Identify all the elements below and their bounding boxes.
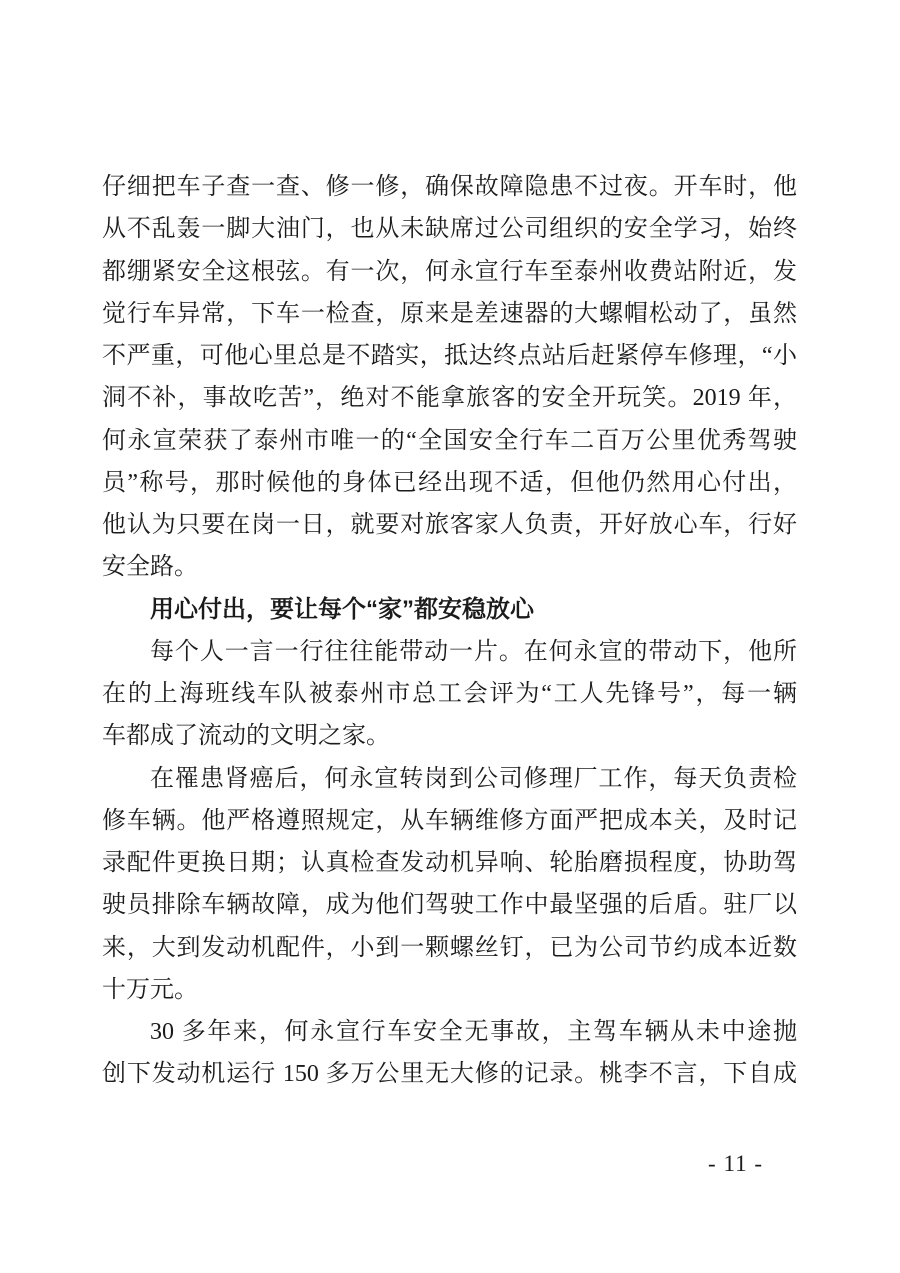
text-line: 从不乱轰一脚大油门，也从未缺席过公司组织的安全学习，始终 [102, 208, 797, 250]
text-line: 在的上海班线车队被泰州市总工会评为“工人先锋号”，每一辆 [102, 673, 797, 715]
document-page: 仔细把车子查一查、修一修，确保故障隐患不过夜。开车时，他 从不乱轰一脚大油门，也… [0, 0, 900, 1273]
text-line-paragraph-end: 十万元。 [102, 969, 797, 1011]
text-line: 不严重，可他心里总是不踏实，抵达终点站后赶紧停车修理，“小 [102, 335, 797, 377]
text-line: 何永宣荣获了泰州市唯一的“全国安全行车二百万公里优秀驾驶 [102, 420, 797, 462]
text-line: 录配件更换日期；认真检查发动机异响、轮胎磨损程度，协助驾 [102, 842, 797, 884]
text-line-paragraph-end: 车都成了流动的文明之家。 [102, 715, 797, 757]
text-line-paragraph-start: 在罹患肾癌后，何永宣转岗到公司修理厂工作，每天负责检 [102, 758, 797, 800]
text-line-paragraph-start: 每个人一言一行往往能带动一片。在何永宣的带动下，他所 [102, 631, 797, 673]
text-line: 修车辆。他严格遵照规定，从车辆维修方面严把成本关，及时记 [102, 800, 797, 842]
text-line-paragraph-end: 安全路。 [102, 546, 797, 588]
text-line-paragraph-start: 30 多年来，何永宣行车安全无事故，主驾车辆从未中途抛锚， [102, 1011, 797, 1053]
document-body: 仔细把车子查一查、修一修，确保故障隐患不过夜。开车时，他 从不乱轰一脚大油门，也… [102, 166, 797, 1096]
text-line: 觉行车异常，下车一检查，原来是差速器的大螺帽松动了，虽然 [102, 293, 797, 335]
text-line: 都绷紧安全这根弦。有一次，何永宣行车至泰州收费站附近，发 [102, 251, 797, 293]
text-line: 他认为只要在岗一日，就要对旅客家人负责，开好放心车，行好 [102, 504, 797, 546]
section-heading: 用心付出，要让每个“家”都安稳放心 [102, 589, 797, 631]
text-line: 员”称号，那时候他的身体已经出现不适，但他仍然用心付出， [102, 462, 797, 504]
text-line: 来，大到发动机配件，小到一颗螺丝钉，已为公司节约成本近数 [102, 927, 797, 969]
text-line: 洞不补，事故吃苦”，绝对不能拿旅客的安全开玩笑。2019 年， [102, 377, 797, 419]
text-line: 驶员排除车辆故障，成为他们驾驶工作中最坚强的后盾。驻厂以 [102, 884, 797, 926]
page-number: - 11 - [708, 1150, 763, 1178]
text-line: 仔细把车子查一查、修一修，确保故障隐患不过夜。开车时，他 [102, 166, 797, 208]
text-line: 创下发动机运行 150 多万公里无大修的记录。桃李不言，下自成 [102, 1053, 797, 1095]
